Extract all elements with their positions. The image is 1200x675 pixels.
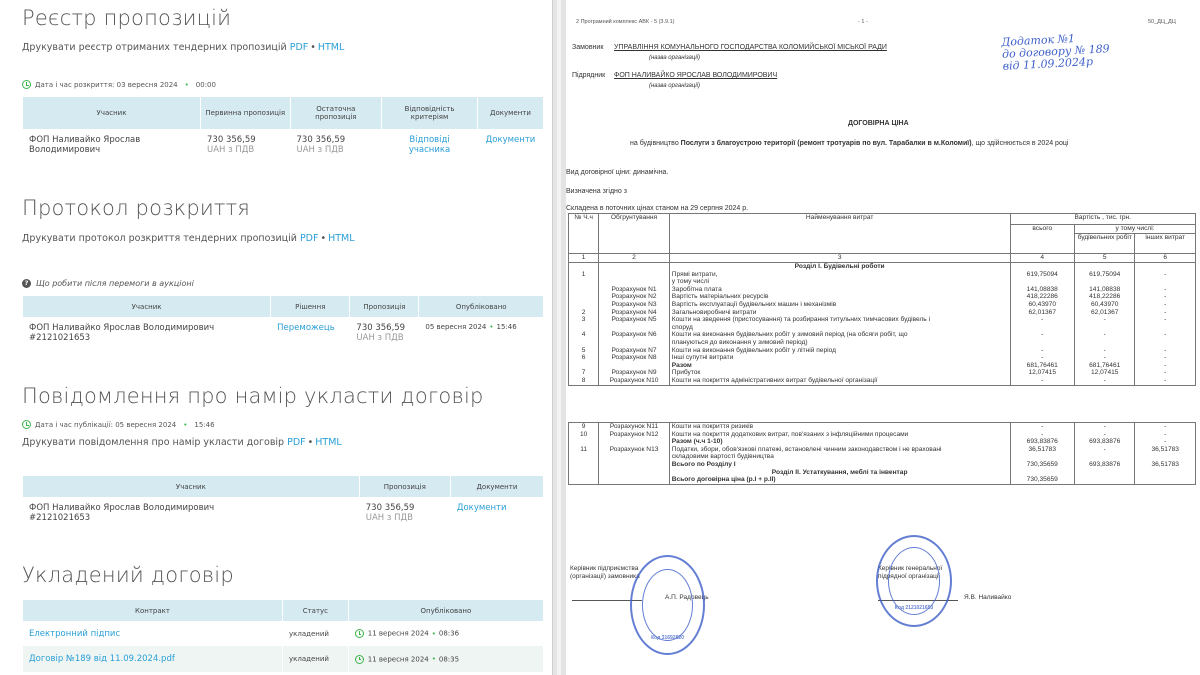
pub-time: 15:46 [194, 421, 214, 429]
registry-table: Учасник Первинна пропозиція Остаточна пр… [22, 97, 544, 161]
table-row: Договір №189 від 11.09.2024.pdf укладени… [23, 646, 543, 672]
doc-subject: на будівництво Послуги з благоустрою тер… [630, 140, 1068, 147]
cost-row: Розрахунок N3Вартість експлуатації будів… [569, 301, 1196, 309]
section-row: Розділ I. Будівельні роботи [569, 263, 1196, 271]
col-header: Відповідність критеріям [382, 97, 477, 129]
clock-icon [355, 655, 364, 664]
cost-row: 11Розрахунок N13Податки, збори, обов'язк… [569, 446, 1196, 454]
cost-row: Разом (ч.ч 1-10)693,83876693,83876- [569, 438, 1196, 446]
cost-table-continued: 9Розрахунок N11Кошти на покриття ризиків… [568, 422, 1196, 485]
org-caption: (назва організації) [649, 55, 700, 61]
clock-icon [355, 629, 364, 638]
col-header: Пропозиція [350, 296, 418, 317]
contract-status: укладений [283, 646, 348, 672]
contract-link-signature[interactable]: Електронний підпис [29, 629, 120, 639]
participant-name: ФОП Наливайко Ярослав Володимирович [23, 129, 200, 161]
registry-print-text: Друкувати реєстр отриманих тендерних про… [22, 42, 287, 53]
customer-stamp: Код 31692820 [630, 555, 705, 655]
participant-name: ФОП Наливайко Ярослав Володимирович#2121… [23, 317, 270, 349]
protocol-print-text: Друкувати протокол розкриття тендерних п… [22, 233, 297, 244]
doc-title: ДОГОВІРНА ЦІНА [848, 120, 909, 127]
clock-icon [22, 420, 31, 429]
auction-help-link[interactable]: ? Що робити після перемоги в аукціоні [22, 279, 194, 288]
col-header: Контракт [23, 600, 282, 621]
opening-date-label: Дата і час розкриття: 03 вересня 2024 [35, 81, 178, 89]
table-row: ФОП Наливайко Ярослав Володимирович 730 … [23, 129, 543, 161]
offer: 730 356,59UAH з ПДВ [350, 317, 418, 349]
table-row: Електронний підпис укладений 11 вересня … [23, 621, 543, 646]
registry-title: Реєстр пропозицій [22, 6, 231, 30]
cost-row: 6Розрахунок N8Інші супутні витрати--- [569, 354, 1196, 362]
participant-name: ФОП Наливайко Ярослав Володимирович#2121… [23, 497, 359, 529]
cost-table: № Ч.ч Обгрунтування Найменування витрат … [568, 213, 1196, 386]
cost-row: 3Розрахунок N5Кошти на зведення (пристос… [569, 316, 1196, 324]
contractor-label: Підрядник [572, 72, 605, 79]
protocol-title: Протокол розкриття [22, 196, 250, 220]
col-header: Документи [451, 476, 543, 497]
final-offer: 730 356,59UAH з ПДВ [291, 129, 382, 161]
intent-table: Учасник Пропозиція Документи ФОП Наливай… [22, 476, 544, 529]
col-header: Пропозиція [360, 476, 450, 497]
cost-row: складовими вартості будівництва [569, 453, 1196, 461]
contract-link-pdf[interactable]: Договір №189 від 11.09.2024.pdf [29, 654, 175, 664]
cost-row: 7Розрахунок N9Прибуток12,0741512,07415- [569, 369, 1196, 377]
cost-row: 1Прямі витрати,619,75094619,75094- [569, 271, 1196, 279]
documents-link[interactable]: Документи [486, 135, 536, 145]
section-row: Розділ II. Устаткування, меблі та інвент… [569, 469, 1196, 477]
doc-header-left: 2 Програмний комплекс АВК - 5 (3.9.1) [576, 19, 674, 25]
separator: • [185, 81, 189, 89]
contract-table: Контракт Статус Опубліковано Електронний… [22, 600, 544, 672]
contractor-stamp: Код 2121021653 [876, 535, 952, 627]
col-header: Учасник [23, 476, 359, 497]
col-header: Опубліковано [419, 296, 543, 317]
table-row: ФОП Наливайко Ярослав Володимирович#2121… [23, 497, 543, 529]
table-row: ФОП Наливайко Ярослав Володимирович#2121… [23, 317, 543, 349]
criteria-answers-link[interactable]: Відповіді учасника [409, 135, 450, 155]
col-header: Учасник [23, 97, 200, 129]
pub-date-label: Дата і час публікації: 05 вересня 2024 [35, 421, 176, 429]
question-icon: ? [22, 279, 31, 288]
intent-pub-date: Дата і час публікації: 05 вересня 2024 •… [22, 420, 215, 429]
initial-offer: 730 356,59UAH з ПДВ [201, 129, 290, 161]
cost-row: Розрахунок N2Вартість матеріальних ресур… [569, 293, 1196, 301]
registry-html-link[interactable]: HTML [318, 42, 344, 53]
doc-header-right: 50_ДЦ_ДЦ [1148, 19, 1176, 25]
winner-link[interactable]: Переможець [277, 323, 335, 333]
handwritten-annotation: Додаток №1 до договору № 189 від 11.09.2… [1001, 31, 1110, 73]
contract-published: 11 вересня 2024•08:35 [349, 646, 543, 672]
cost-row: Розрахунок N1Заробітна плата141,08838141… [569, 286, 1196, 294]
col-header: Статус [283, 600, 348, 621]
cost-row: плануються до виконання у зимовий період… [569, 339, 1196, 347]
price-type: Вид договірної ціни: динамічна. [566, 169, 668, 176]
clock-icon [22, 80, 31, 89]
compiled-date: Складена в поточних цінах станом на 29 с… [566, 205, 748, 212]
separator: • [308, 437, 314, 448]
cost-row: 10Розрахунок N12Кошти на покриття додатк… [569, 431, 1196, 439]
published: 05 вересня 2024•15:46 [419, 317, 543, 349]
col-header: Рішення [271, 296, 349, 317]
cost-row: Всього договірна ціна (p.I + p.II)730,35… [569, 476, 1196, 484]
customer-name: УПРАВЛІННЯ КОМУНАЛЬНОГО ГОСПОДАРСТВА КОЛ… [614, 44, 887, 51]
customer-label: Замовник [572, 44, 603, 51]
org-caption: (назва організації) [649, 83, 700, 89]
col-header: Документи [478, 97, 543, 129]
contract-price-document: 2 Програмний комплекс АВК - 5 (3.9.1) - … [566, 0, 1200, 675]
opening-date: Дата і час розкриття: 03 вересня 2024 • … [22, 80, 216, 89]
cost-row: у тому числі [569, 278, 1196, 286]
cost-row: 4Розрахунок N6Кошти на виконання будівел… [569, 331, 1196, 339]
cost-row: 8Розрахунок N10Кошти на покриття адмініс… [569, 377, 1196, 385]
contract-published: 11 вересня 2024•08:36 [349, 621, 543, 646]
protocol-table: Учасник Рішення Пропозиція Опубліковано … [22, 296, 544, 349]
documents-link[interactable]: Документи [457, 503, 507, 513]
registry-pdf-link[interactable]: PDF [290, 42, 309, 53]
intent-title: Повідомлення про намір укласти договір [22, 384, 484, 408]
sign-left-label: Керівник підприємства(організації) замов… [570, 565, 640, 581]
contractor-name: ФОП НАЛИВАЙКО ЯРОСЛАВ ВОЛОДИМИРОВИЧ [614, 72, 777, 79]
cost-row: Всього по Розділу I730,35659693,8387636,… [569, 461, 1196, 469]
contract-status: укладений [283, 621, 348, 646]
determined-by: Визначена згідно з [566, 188, 627, 195]
offer: 730 356,59UAH з ПДВ [360, 497, 450, 529]
col-header: Опубліковано [349, 600, 543, 621]
panel-divider-scrollbar[interactable] [552, 0, 566, 675]
intent-print-line: Друкувати повідомлення про намір укласти… [22, 437, 342, 448]
intent-html-link[interactable]: HTML [315, 437, 341, 448]
cost-row: Разом681,76461681,76461- [569, 362, 1196, 370]
intent-pdf-link[interactable]: PDF [287, 437, 306, 448]
protocol-print-line: Друкувати протокол розкриття тендерних п… [22, 233, 355, 244]
contract-title: Укладений договір [22, 563, 234, 587]
sign-right-name: Я.В. Наливайко [964, 594, 1011, 601]
registry-print-line: Друкувати реєстр отриманих тендерних про… [22, 42, 344, 53]
col-header: Учасник [23, 296, 270, 317]
scrollbar-thumb[interactable] [557, 0, 561, 675]
cost-row: 5Розрахунок N7Кошти на виконання будівел… [569, 347, 1196, 355]
col-header: Первинна пропозиція [201, 97, 290, 129]
help-text: Що робити після перемоги в аукціоні [36, 279, 194, 288]
cost-row: 9Розрахунок N11Кошти на покриття ризиків… [569, 423, 1196, 431]
separator: • [310, 42, 316, 53]
protocol-html-link[interactable]: HTML [328, 233, 354, 244]
opening-time: 00:00 [196, 81, 216, 89]
doc-page-number: - 1 - [858, 19, 868, 25]
separator: • [320, 233, 326, 244]
separator: • [183, 421, 187, 429]
tender-panel: Реєстр пропозицій Друкувати реєстр отрим… [0, 0, 552, 675]
protocol-pdf-link[interactable]: PDF [300, 233, 319, 244]
col-header: Остаточна пропозиція [291, 97, 382, 129]
intent-print-text: Друкувати повідомлення про намір укласти… [22, 437, 284, 448]
